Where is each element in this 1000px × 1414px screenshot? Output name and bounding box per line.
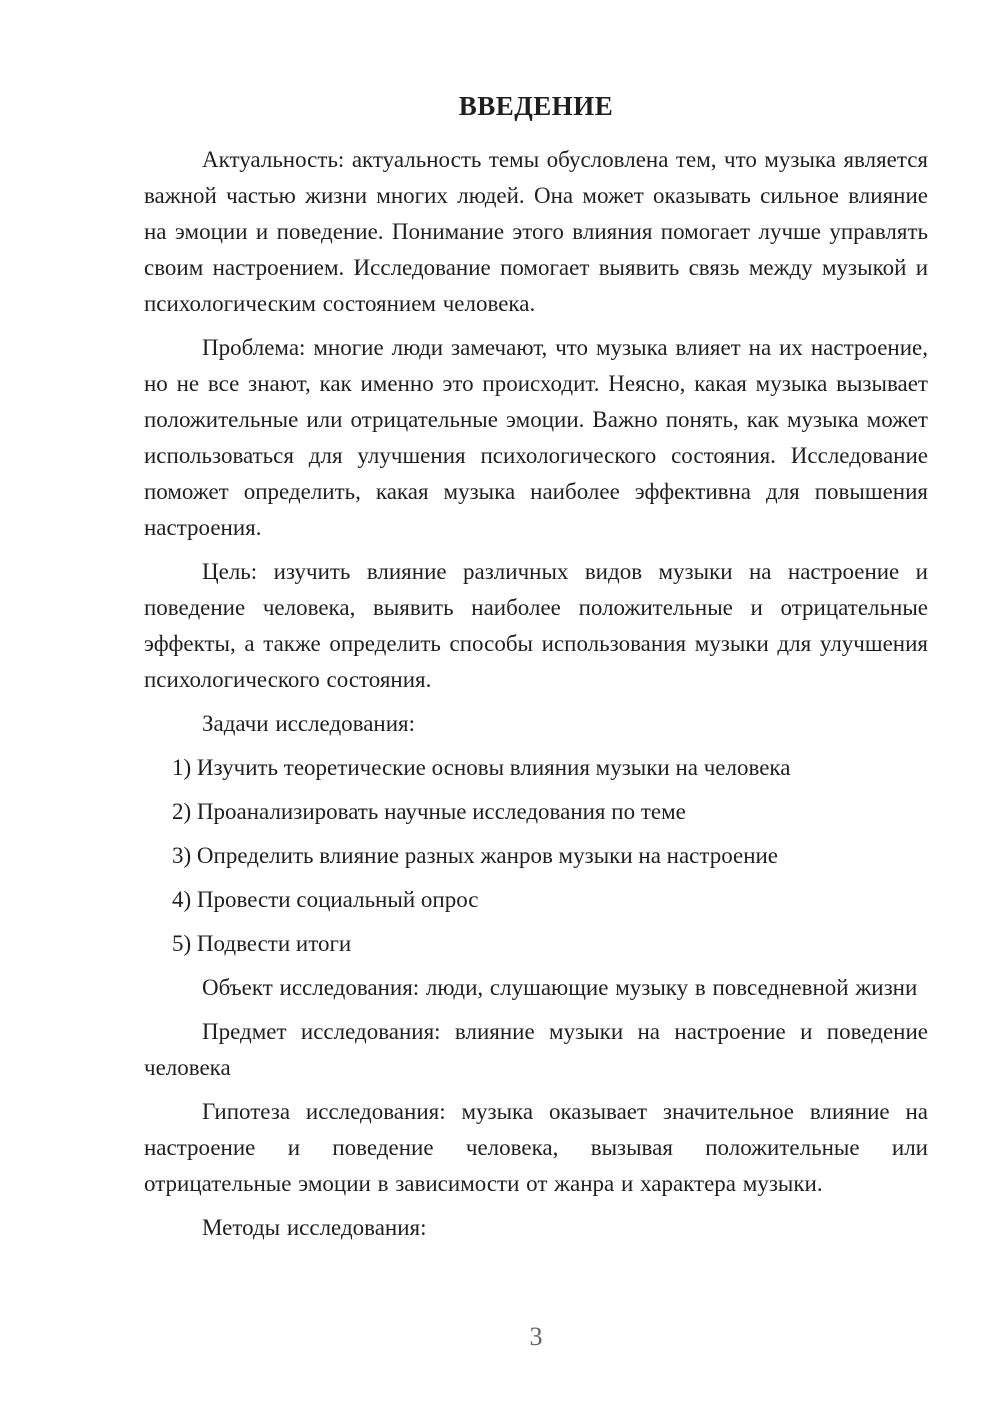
task-number: 2) — [172, 799, 191, 824]
task-text: Провести социальный опрос — [197, 887, 479, 912]
paragraph-subject: Предмет исследования: влияние музыки на … — [144, 1014, 928, 1086]
task-text: Проанализировать научные исследования по… — [197, 799, 686, 824]
task-text: Подвести итоги — [197, 931, 351, 956]
task-item-1: 1) Изучить теоретические основы влияния … — [144, 750, 928, 786]
task-number: 3) — [172, 843, 191, 868]
task-item-2: 2) Проанализировать научные исследования… — [144, 794, 928, 830]
paragraph-actuality: Актуальность: актуальность темы обусловл… — [144, 142, 928, 322]
task-item-5: 5) Подвести итоги — [144, 926, 928, 962]
paragraph-hypothesis: Гипотеза исследования: музыка оказывает … — [144, 1094, 928, 1202]
page-number: 3 — [144, 1322, 928, 1352]
page-title: ВВЕДЕНИЕ — [144, 88, 928, 124]
task-text: Изучить теоретические основы влияния муз… — [197, 755, 791, 780]
task-number: 5) — [172, 931, 191, 956]
tasks-heading: Задачи исследования: — [144, 706, 928, 742]
task-item-3: 3) Определить влияние разных жанров музы… — [144, 838, 928, 874]
paragraph-object: Объект исследования: люди, слушающие муз… — [144, 970, 928, 1006]
document-page: ВВЕДЕНИЕ Актуальность: актуальность темы… — [0, 0, 1000, 1414]
task-item-4: 4) Провести социальный опрос — [144, 882, 928, 918]
task-text: Определить влияние разных жанров музыки … — [197, 843, 778, 868]
paragraph-problem: Проблема: многие люди замечают, что музы… — [144, 330, 928, 546]
paragraph-goal: Цель: изучить влияние различных видов му… — [144, 554, 928, 698]
task-number: 1) — [172, 755, 191, 780]
page-content: ВВЕДЕНИЕ Актуальность: актуальность темы… — [144, 88, 928, 1254]
methods-heading: Методы исследования: — [144, 1210, 928, 1246]
task-number: 4) — [172, 887, 191, 912]
